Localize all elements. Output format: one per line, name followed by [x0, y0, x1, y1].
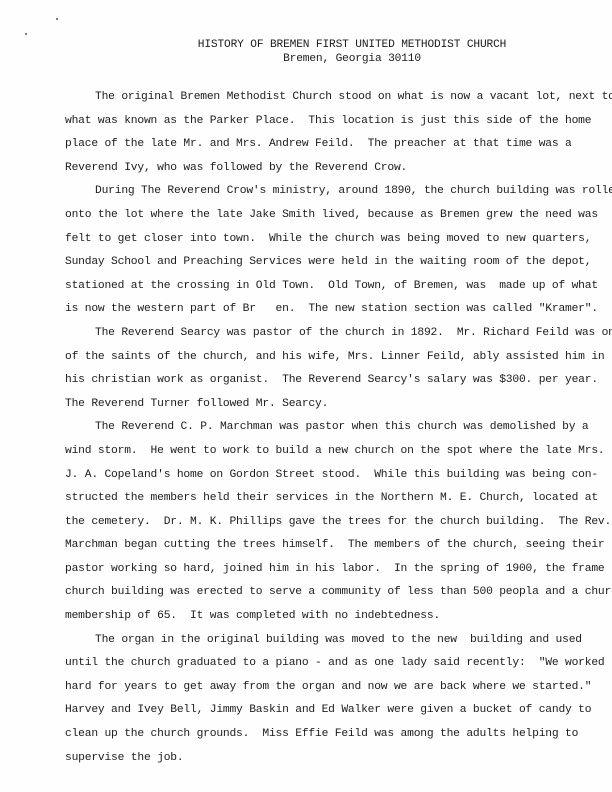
text-line: until the church graduated to a piano - …: [65, 652, 585, 676]
text-line: pastor working so hard, joined him in hi…: [65, 558, 585, 582]
text-line: clean up the church grounds. Miss Effie …: [65, 723, 585, 747]
text-line: During The Reverend Crow's ministry, aro…: [65, 180, 585, 204]
text-line: the cemetery. Dr. M. K. Phillips gave th…: [65, 511, 585, 535]
scan-speck: [56, 18, 58, 20]
text-line: The original Bremen Methodist Church sto…: [65, 86, 585, 110]
text-line: felt to get closer into town. While the …: [65, 228, 585, 252]
text-line: The organ in the original building was m…: [65, 629, 585, 653]
text-line: is now the western part of Br en. The ne…: [65, 298, 585, 322]
text-line: hard for years to get away from the orga…: [65, 676, 585, 700]
document-body: The original Bremen Methodist Church sto…: [65, 86, 585, 770]
text-line: wind storm. He went to work to build a n…: [65, 440, 585, 464]
paragraph: The Reverend C. P. Marchman was pastor w…: [65, 416, 585, 628]
text-line: supervise the job.: [65, 747, 585, 771]
text-line: place of the late Mr. and Mrs. Andrew Fe…: [65, 133, 585, 157]
text-line: structed the members held their services…: [65, 487, 585, 511]
paragraph: The Reverend Searcy was pastor of the ch…: [65, 322, 585, 416]
document-subtitle: Bremen, Georgia 30110: [0, 52, 612, 66]
paragraph: The original Bremen Methodist Church sto…: [65, 86, 585, 180]
text-line: church building was erected to serve a c…: [65, 581, 585, 605]
text-line: onto the lot where the late Jake Smith l…: [65, 204, 585, 228]
document-title: HISTORY OF BREMEN FIRST UNITED METHODIST…: [0, 38, 612, 52]
text-line: his christian work as organist. The Reve…: [65, 369, 585, 393]
text-line: The Reverend Searcy was pastor of the ch…: [65, 322, 585, 346]
document-header: HISTORY OF BREMEN FIRST UNITED METHODIST…: [0, 38, 612, 66]
text-line: stationed at the crossing in Old Town. O…: [65, 275, 585, 299]
text-line: Reverend Ivy, who was followed by the Re…: [65, 157, 585, 181]
text-line: Marchman began cutting the trees himself…: [65, 534, 585, 558]
text-line: The Reverend C. P. Marchman was pastor w…: [65, 416, 585, 440]
paragraph: The organ in the original building was m…: [65, 629, 585, 771]
document-page: HISTORY OF BREMEN FIRST UNITED METHODIST…: [0, 0, 612, 792]
text-line: Sunday School and Preaching Services wer…: [65, 251, 585, 275]
scan-speck: [25, 33, 27, 35]
text-line: The Reverend Turner followed Mr. Searcy.: [65, 393, 585, 417]
text-line: of the saints of the church, and his wif…: [65, 346, 585, 370]
text-line: J. A. Copeland's home on Gordon Street s…: [65, 464, 585, 488]
text-line: membership of 65. It was completed with …: [65, 605, 585, 629]
paragraph: During The Reverend Crow's ministry, aro…: [65, 180, 585, 322]
text-line: Harvey and Ivey Bell, Jimmy Baskin and E…: [65, 699, 585, 723]
text-line: what was known as the Parker Place. This…: [65, 110, 585, 134]
